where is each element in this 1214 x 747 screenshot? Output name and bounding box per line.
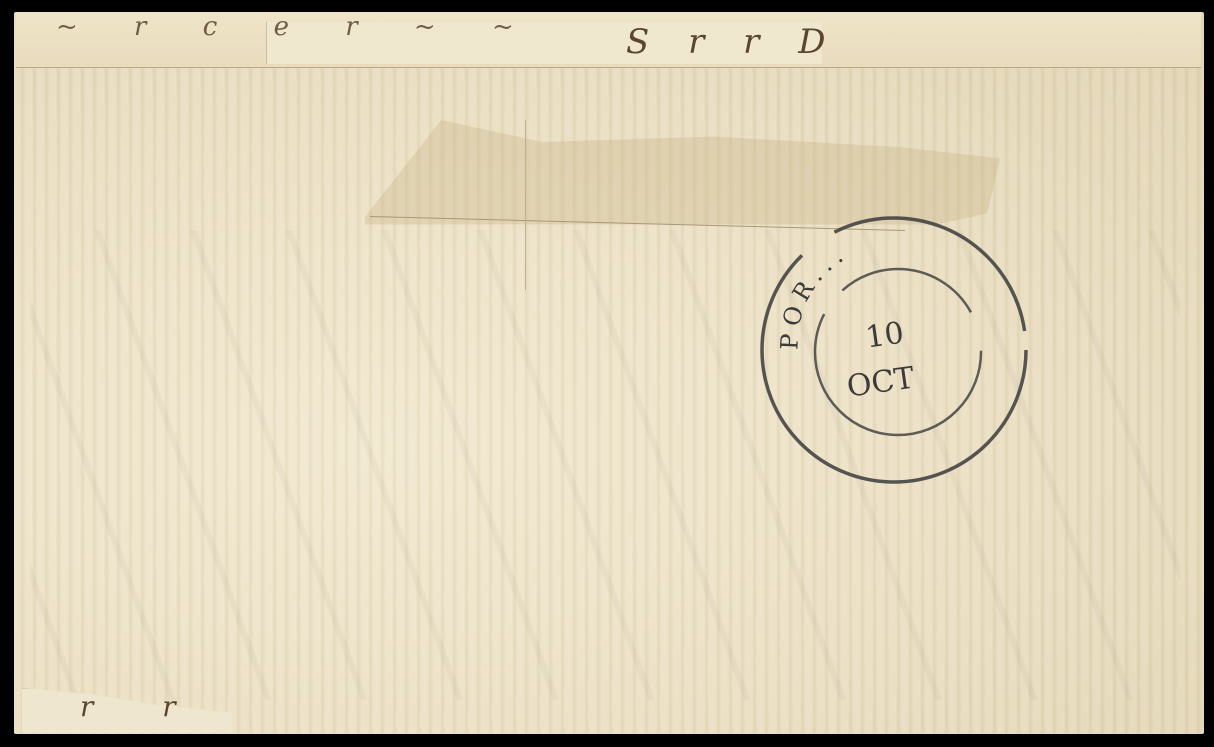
postmark-day: 10 — [863, 316, 906, 356]
postmark-month: OCT — [845, 361, 917, 405]
top-edge-handwriting: ~ r c e r ~ ~ — [56, 12, 538, 42]
top-flap: ~ r c e r ~ ~ S r r D — [16, 12, 1201, 68]
postmark-town: POR... — [775, 238, 853, 351]
corner-handwriting: r r — [80, 690, 206, 723]
fold-crease-vertical — [525, 120, 526, 290]
postmark: POR... 10 OCT — [758, 210, 1030, 490]
flap-handwriting: S r r D — [626, 22, 839, 62]
